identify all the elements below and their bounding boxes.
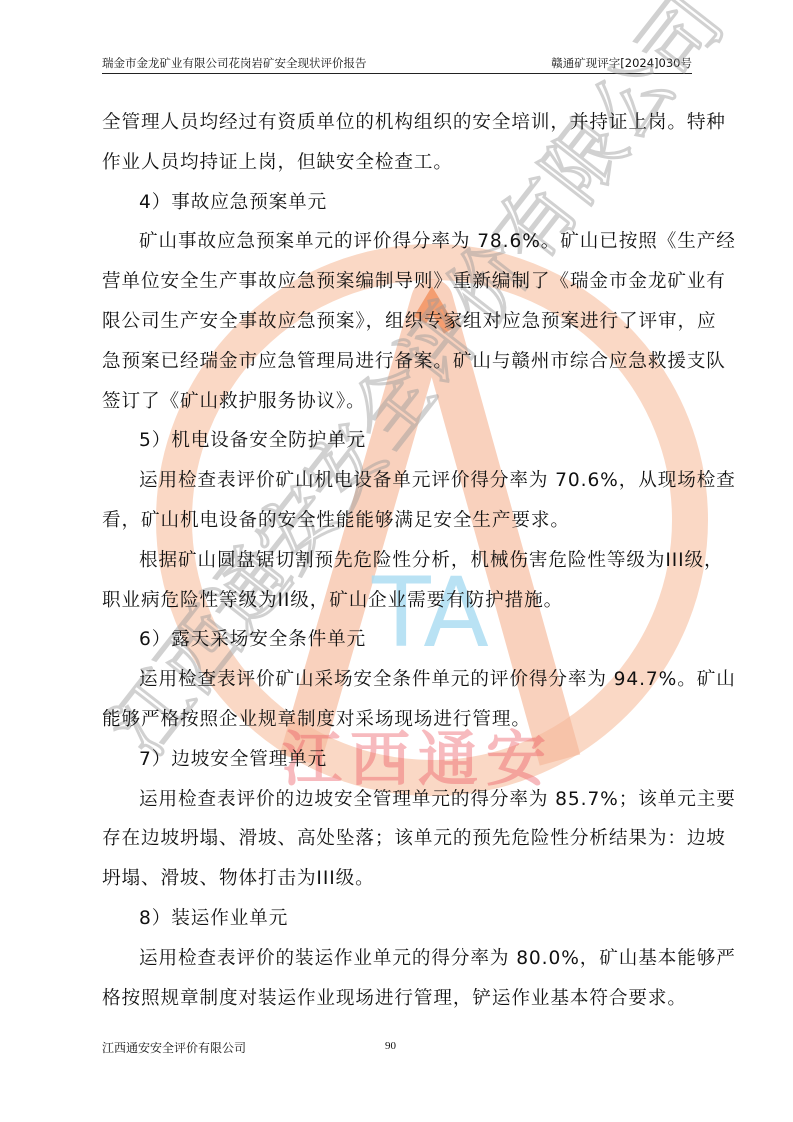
text-line: 全管理人员均经过有资质单位的机构组织的安全培训，并持证上岗。特种 — [102, 103, 694, 143]
text-line: 作业人员均持证上岗，但缺安全检查工。 — [102, 143, 694, 183]
text-line: 6）露天采场安全条件单元 — [102, 620, 694, 660]
text-line: 营单位安全生产事故应急预案编制导则》重新编制了《瑞金市金龙矿业有 — [102, 262, 694, 302]
text-line: 能够严格按照企业规章制度对采场现场进行管理。 — [102, 700, 694, 740]
text-line: 格按照规章制度对装运作业现场进行管理，铲运作业基本符合要求。 — [102, 979, 694, 1019]
text-line: 运用检查表评价矿山机电设备单元评价得分率为 70.6%，从现场检查 — [102, 461, 694, 501]
text-line: 矿山事故应急预案单元的评价得分率为 78.6%。矿山已按照《生产经 — [102, 222, 694, 262]
body-text: 全管理人员均经过有资质单位的机构组织的安全培训，并持证上岗。特种作业人员均持证上… — [102, 103, 694, 1018]
page-number: 90 — [385, 1040, 396, 1052]
text-line: 4）事故应急预案单元 — [102, 183, 694, 223]
text-line: 运用检查表评价的装运作业单元的得分率为 80.0%，矿山基本能够严 — [102, 939, 694, 979]
text-line: 8）装运作业单元 — [102, 899, 694, 939]
text-line: 急预案已经瑞金市应急管理局进行备案。矿山与赣州市综合应急救援支队 — [102, 342, 694, 382]
text-line: 存在边坡坍塌、滑坡、高处坠落；该单元的预先危险性分析结果为：边坡 — [102, 819, 694, 859]
report-number: 赣通矿现评字[2024]030号 — [551, 54, 692, 72]
text-line: 坍塌、滑坡、物体打击为III级。 — [102, 859, 694, 899]
text-line: 5）机电设备安全防护单元 — [102, 421, 694, 461]
text-line: 看，矿山机电设备的安全性能能够满足安全生产要求。 — [102, 501, 694, 541]
text-line: 限公司生产安全事故应急预案》，组织专家组对应急预案进行了评审，应 — [102, 302, 694, 342]
text-line: 7）边坡安全管理单元 — [102, 740, 694, 780]
page-header: 瑞金市金龙矿业有限公司花岗岩矿安全现状评价报告 赣通矿现评字[2024]030号 — [102, 54, 692, 74]
text-line: 签订了《矿山救护服务协议》。 — [102, 382, 694, 422]
text-line: 根据矿山圆盘锯切割预先危险性分析，机械伤害危险性等级为III级， — [102, 541, 694, 581]
page-footer: 江西通安安全评价有限公司 90 — [102, 1037, 692, 1057]
footer-company: 江西通安安全评价有限公司 — [102, 1039, 246, 1056]
text-line: 运用检查表评价矿山采场安全条件单元的评价得分率为 94.7%。矿山 — [102, 660, 694, 700]
report-title: 瑞金市金龙矿业有限公司花岗岩矿安全现状评价报告 — [102, 54, 367, 72]
text-line: 运用检查表评价的边坡安全管理单元的得分率为 85.7%；该单元主要 — [102, 780, 694, 820]
text-line: 职业病危险性等级为II级，矿山企业需要有防护措施。 — [102, 581, 694, 621]
